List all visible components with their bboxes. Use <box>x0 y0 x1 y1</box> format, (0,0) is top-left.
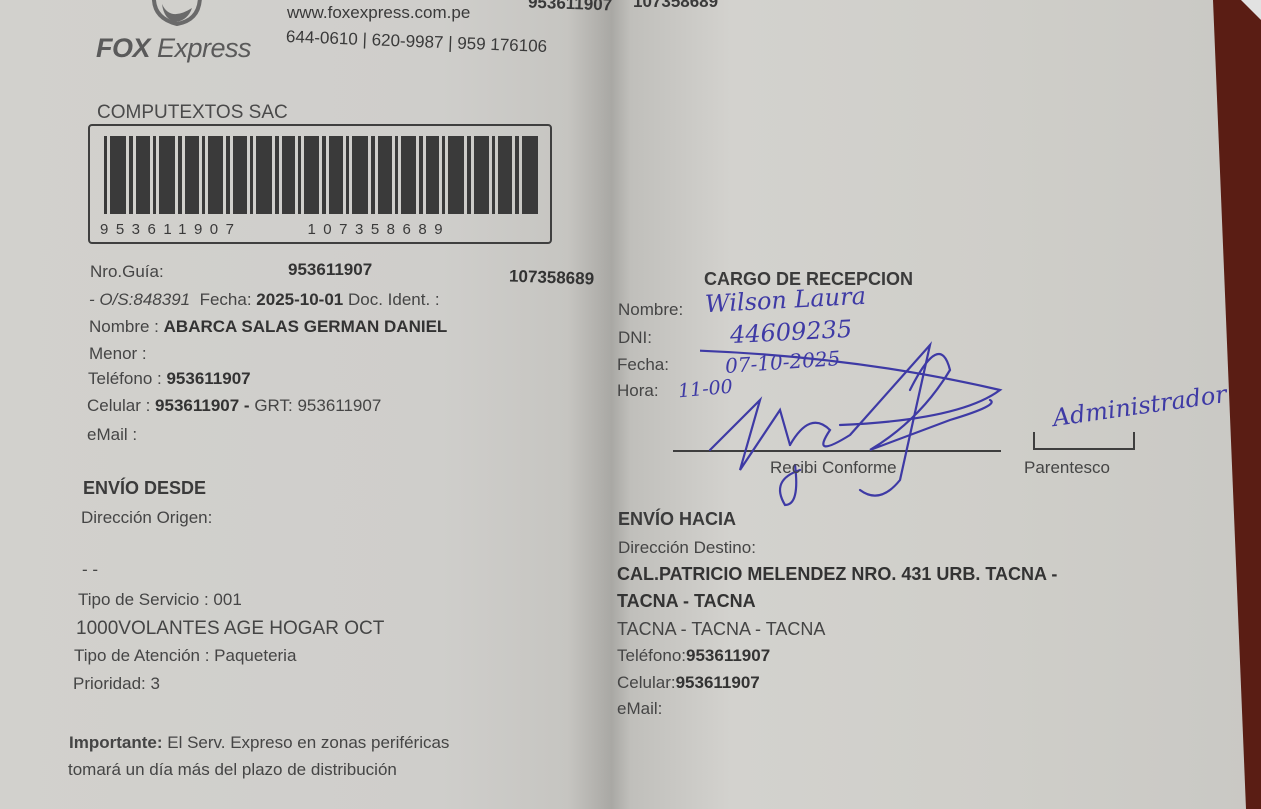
destination-section-title: ENVÍO HACIA <box>618 509 736 530</box>
email-label: eMail : <box>87 425 137 445</box>
destination-address-label: Dirección Destino: <box>618 538 756 558</box>
attention-type: Tipo de Atención : Paqueteria <box>74 646 296 666</box>
destination-address-line1: CAL.PATRICIO MELENDEZ NRO. 431 URB. TACN… <box>617 564 1057 585</box>
fox-logo-icon <box>148 0 206 30</box>
receipt-name-label: Nombre: <box>618 300 683 320</box>
barcode: 953611907107358689 <box>88 124 552 244</box>
service-description: 1000VOLANTES AGE HOGAR OCT <box>76 618 384 640</box>
nro-guia-label: Nro.Guía: <box>90 262 164 282</box>
os-fecha-line: - O/S:848391 Fecha: 2025-10-01 Doc. Iden… <box>89 290 440 310</box>
telefono-line: Teléfono : 953611907 <box>88 369 251 389</box>
destination-email-label: eMail: <box>617 699 662 719</box>
barcode-icon <box>104 136 538 214</box>
received-conforming-label: Recibi Conforme <box>770 458 897 478</box>
important-notice-line2: tomará un día más del plazo de distribuc… <box>68 760 397 780</box>
website-text: www.foxexpress.com.pe <box>287 3 470 23</box>
destination-address-line3: TACNA - TACNA - TACNA <box>617 619 825 640</box>
celular-line: Celular : 953611907 - GRT: 953611907 <box>87 396 381 416</box>
barcode-digits: 953611907107358689 <box>100 221 450 238</box>
important-notice: Importante: El Serv. Expreso en zonas pe… <box>69 733 449 753</box>
destination-cell-line: Celular:953611907 <box>617 673 760 693</box>
sender-company: COMPUTEXTOS SAC <box>97 102 288 124</box>
menor-label: Menor : <box>89 344 147 364</box>
priority: Prioridad: 3 <box>73 674 160 694</box>
handwritten-signature <box>700 330 1020 510</box>
receipt-time-label: Hora: <box>617 381 659 401</box>
receipt-date-label: Fecha: <box>617 355 669 375</box>
origin-address-label: Dirección Origen: <box>81 508 212 528</box>
relationship-label: Parentesco <box>1024 458 1110 478</box>
nro-guia-value: 953611907 <box>288 260 372 280</box>
destination-phone-line: Teléfono:953611907 <box>617 646 770 666</box>
destination-address-line2: TACNA - TACNA <box>617 591 756 612</box>
top-reference-number: 107358689 <box>633 0 718 12</box>
relationship-bracket <box>1033 432 1135 450</box>
origin-section-title: ENVÍO DESDE <box>83 478 206 499</box>
origin-address-value: - - <box>82 560 98 580</box>
reference-value: 107358689 <box>509 267 595 290</box>
receipt-dni-label: DNI: <box>618 328 652 348</box>
recipient-name-line: Nombre : ABARCA SALAS GERMAN DANIEL <box>89 317 447 337</box>
service-type: Tipo de Servicio : 001 <box>78 590 242 610</box>
brand-logo-text: FOX Express <box>96 33 251 64</box>
